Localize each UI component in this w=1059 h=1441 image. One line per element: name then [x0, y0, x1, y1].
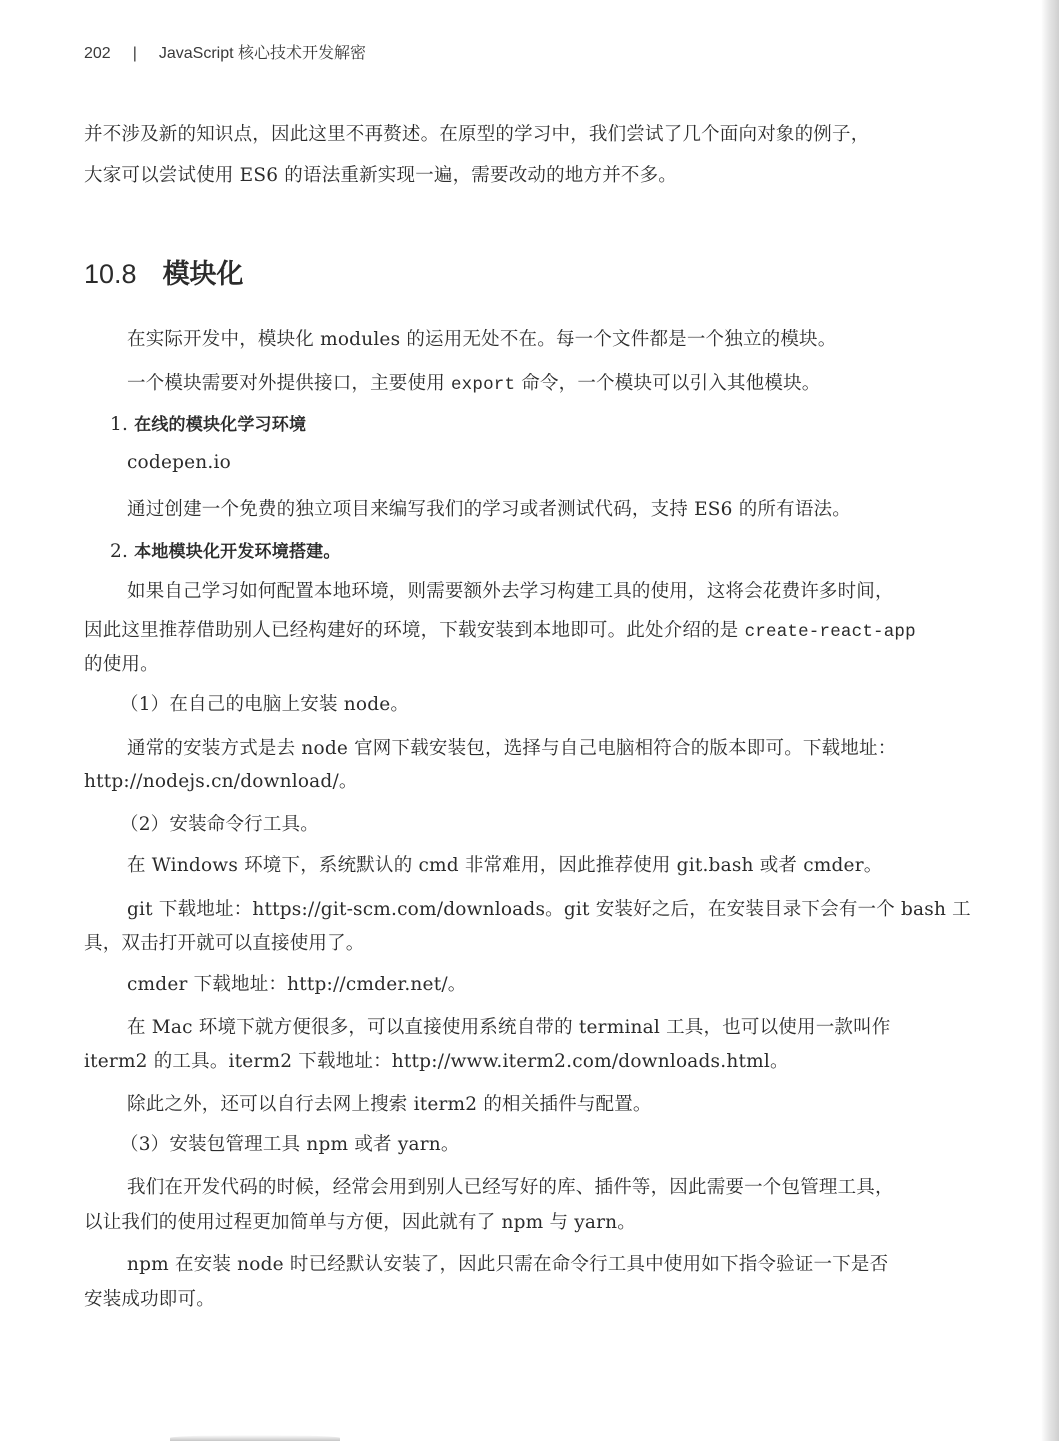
step-1-download-url: http://nodejs.cn/download/。	[84, 767, 358, 793]
online-description: 通过创建一个免费的独立项目来编写我们的学习或者测试代码，支持 ES6 的所有语法…	[127, 495, 851, 521]
subsection-heading-1: 1. 在线的模块化学习环境	[110, 410, 306, 435]
step-3-line-1: 我们在开发代码的时候，经常会用到别人已经写好的库、插件等，因此需要一个包管理工具…	[127, 1173, 894, 1199]
step-2-mac-line-1: 在 Mac 环境下就方便很多，可以直接使用系统自带的 terminal 工具，也…	[127, 1013, 891, 1039]
paragraph-modules: 在实际开发中，模块化 modules 的运用无处不在。每一个文件都是一个独立的模…	[127, 325, 836, 351]
step-2-title: （2）安装命令行工具。	[120, 810, 319, 836]
step-2-cmder: cmder 下载地址：http://cmder.net/。	[127, 970, 466, 996]
header-separator: |	[133, 45, 137, 63]
subsection-heading-2: 2. 本地模块化开发环境搭建。	[110, 537, 341, 562]
page-number: 202	[84, 45, 111, 62]
step-2-git-line-2: 具，双击打开就可以直接使用了。	[84, 929, 365, 955]
step-2-mac-line-2: iterm2 的工具。iterm2 下载地址：http://www.iterm2…	[84, 1047, 789, 1073]
step-3-line-3: npm 在安装 node 时已经默认安装了，因此只需在命令行工具中使用如下指令验…	[127, 1250, 888, 1276]
local-intro-line-3: 的使用。	[84, 650, 159, 676]
paragraph-export: 一个模块需要对外提供接口，主要使用 export 命令，一个模块可以引入其他模块…	[127, 369, 821, 395]
online-site: codepen.io	[127, 452, 231, 473]
step-2-windows: 在 Windows 环境下，系统默认的 cmd 非常难用，因此推荐使用 git.…	[127, 851, 882, 877]
step-3-title: （3）安装包管理工具 npm 或者 yarn。	[120, 1130, 460, 1156]
local-intro-line-2: 因此这里推荐借助别人已经构建好的环境，下载安装到本地即可。此处介绍的是 crea…	[84, 616, 916, 642]
page-edge-shadow	[1041, 0, 1059, 1441]
book-title: JavaScript 核心技术开发解密	[159, 45, 366, 62]
page-bottom-shadow	[170, 1435, 340, 1441]
step-2-git-line-1: git 下载地址：https://git-scm.com/downloads。g…	[127, 895, 971, 921]
inline-code-create-react-app: create-react-app	[745, 622, 916, 642]
step-1-line-1: 通常的安装方式是去 node 官网下载安装包，选择与自己电脑相符合的版本即可。下…	[127, 734, 896, 760]
section-title: 模块化	[163, 259, 244, 289]
intro-line-2: 大家可以尝试使用 ES6 的语法重新实现一遍，需要改动的地方并不多。	[84, 161, 677, 187]
step-3-line-2: 以让我们的使用过程更加简单与方便，因此就有了 npm 与 yarn。	[84, 1208, 636, 1234]
running-header: 202|JavaScript 核心技术开发解密	[84, 40, 366, 63]
step-3-line-4: 安装成功即可。	[84, 1285, 215, 1311]
step-2-extra: 除此之外，还可以自行去网上搜索 iterm2 的相关插件与配置。	[127, 1090, 652, 1116]
section-heading: 10.8模块化	[84, 252, 244, 291]
step-1-title: （1）在自己的电脑上安装 node。	[120, 690, 409, 716]
inline-code-export: export	[451, 375, 515, 395]
local-intro-line-1: 如果自己学习如何配置本地环境，则需要额外去学习构建工具的使用，这将会花费许多时间…	[127, 577, 894, 603]
section-number: 10.8	[84, 259, 137, 289]
intro-line-1: 并不涉及新的知识点，因此这里不再赘述。在原型的学习中，我们尝试了几个面向对象的例…	[84, 120, 869, 146]
